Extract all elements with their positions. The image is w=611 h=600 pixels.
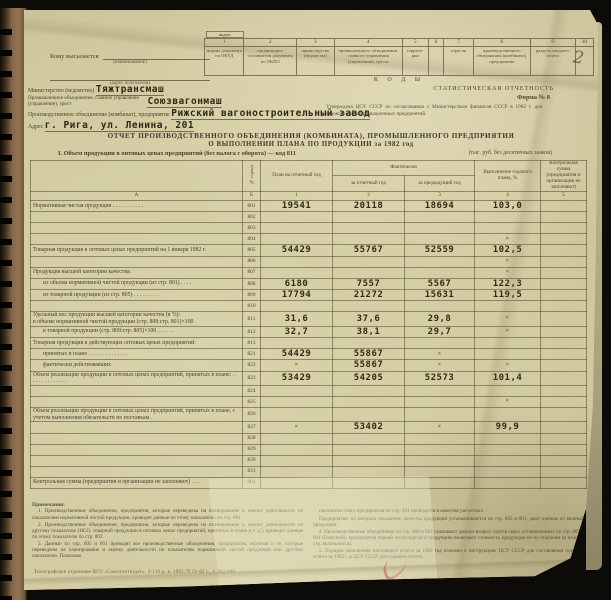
row-label — [31, 444, 243, 455]
cell-control — [541, 289, 587, 300]
cell-percent: × — [475, 396, 541, 407]
printing-imprint: Типографское отделение ВГО «Союзучетизда… — [34, 570, 235, 575]
cell-plan — [261, 455, 333, 466]
row-label — [31, 301, 243, 312]
table-row-811: Удельный вес продукции высшей категории … — [31, 312, 587, 326]
cell-fact-year — [333, 234, 405, 245]
cell-fact-year — [333, 223, 405, 234]
table-row-828: 828 — [31, 433, 587, 444]
cell-plan — [261, 407, 333, 421]
cell-fact-prev: 5567 — [405, 278, 475, 289]
footnote-paragraph: Предприятия, по которым показатели качес… — [313, 516, 584, 528]
cell-fact-prev — [405, 267, 475, 278]
footnote-paragraph: 2. Производственные объединения, предпри… — [32, 522, 303, 540]
cell-plan — [261, 396, 333, 407]
cell-fact-prev: 15631 — [405, 289, 475, 300]
row-label: Удельный вес продукции высшей категории … — [31, 312, 243, 326]
cell-plan: 54429 — [261, 245, 333, 256]
cell-plan: × — [261, 422, 333, 433]
cell-plan: 32,7 — [261, 326, 333, 337]
cell-percent — [475, 466, 541, 477]
row-label — [31, 212, 243, 223]
cell-control — [541, 200, 587, 211]
code-column-number: 8 — [474, 39, 530, 47]
cell-control — [541, 444, 587, 455]
cell-fact-year — [333, 444, 405, 455]
cell-fact-year: 21272 — [333, 289, 405, 300]
cell-percent: × — [475, 256, 541, 267]
row-code: 822 — [243, 360, 261, 371]
row-code: 829 — [243, 444, 261, 455]
table-row-802: 802 — [31, 212, 587, 223]
row-code: 807 — [243, 267, 261, 278]
table-row-804: 804× — [31, 234, 587, 245]
row-code: 826 — [243, 407, 261, 421]
code-column-label: формы документа по ОКУД — [205, 47, 243, 75]
table-row-806: 806× — [31, 256, 587, 267]
cell-fact-prev — [405, 256, 475, 267]
cell-percent — [475, 301, 541, 312]
cell-control — [541, 455, 587, 466]
cell-control — [541, 396, 587, 407]
row-label — [31, 385, 243, 396]
cell-plan — [261, 385, 333, 396]
row-code: 827 — [243, 422, 261, 433]
row-code: 828 — [243, 433, 261, 444]
code-column-number: 10 — [576, 39, 593, 47]
row-label: из товарной продукции (из стр. 805) . . … — [31, 289, 243, 300]
row-label: Объем реализации продукции в оптовых цен… — [31, 371, 243, 385]
row-label: Товарная продукция в оптовых ценах предп… — [31, 245, 243, 256]
cell-percent — [475, 444, 541, 455]
footnote-paragraph: 5. Порядок заполнения настоящего отчета … — [313, 548, 584, 560]
cell-control — [541, 433, 587, 444]
footnote-paragraph: 1. Производственные объединения, предпри… — [32, 508, 303, 520]
code-column-1: 1формы документа по ОКУД — [205, 39, 244, 75]
cell-percent — [475, 385, 541, 396]
row-label — [31, 396, 243, 407]
footnote-paragraph: 3. Данные по стр. 805 и 801 приводят все… — [32, 541, 303, 559]
column-letter: 3 — [405, 191, 475, 200]
table-row-001: Контрольная сумма (предприятия и организ… — [31, 477, 587, 488]
code-column-5: 5террито-рии — [403, 39, 429, 75]
column-letter: 5 — [541, 191, 587, 200]
header-row-number: № строки — [243, 161, 261, 192]
header-plan: План на отчетный год — [261, 161, 333, 192]
row-code: 825 — [243, 396, 261, 407]
ministry-label: Министерство (ведомство) — [28, 88, 94, 94]
cell-fact-year: 37,6 — [333, 312, 405, 326]
row-code: 812 — [243, 326, 261, 337]
table-body: Нормативная чистая продукция . . . . . .… — [31, 200, 587, 488]
row-label: Продукция высшей категории качества: — [31, 267, 243, 278]
row-code: 803 — [243, 223, 261, 234]
column-letter: 1 — [261, 191, 333, 200]
cell-fact-prev — [405, 212, 475, 223]
row-code: 824 — [243, 385, 261, 396]
table-row-826: Объем реализации продукции в оптовых цен… — [31, 407, 587, 421]
code-column-number: 1 — [205, 39, 243, 47]
row-code: 808 — [243, 278, 261, 289]
stat-reporting-label: СТАТИСТИЧЕСКАЯ ОТЧЕТНОСТЬ — [433, 86, 554, 92]
cell-plan: 17794 — [261, 289, 333, 300]
cell-plan: 6180 — [261, 278, 333, 289]
header-control-sum: Контрольная сумма (предприятия и организ… — [541, 161, 587, 192]
row-label: в товарной продукции (стр. 809:стр. 805)… — [31, 326, 243, 337]
cell-fact-year: 38,1 — [333, 326, 405, 337]
cell-percent — [475, 477, 541, 488]
code-column-label: отрасли — [444, 47, 473, 75]
cell-fact-year — [333, 455, 405, 466]
code-column-number: 7 — [444, 39, 473, 47]
codes-grid: индекс 1формы документа по ОКУД2организа… — [204, 38, 594, 83]
row-code: 809 — [243, 289, 261, 300]
cell-fact-prev — [405, 466, 475, 477]
cell-control — [541, 234, 587, 245]
cell-fact-prev: × — [405, 348, 475, 359]
cell-plan — [261, 223, 333, 234]
row-label — [31, 433, 243, 444]
cell-fact-year — [333, 212, 405, 223]
table-row-813: Товарная продукция в действующих оптовых… — [31, 337, 587, 348]
code-column-label — [576, 47, 593, 75]
header-fact-group: Фактически — [333, 161, 475, 176]
book-binding-strip — [0, 8, 27, 600]
organization-block: Министерство (ведомство) Тяжтрансмаш Про… — [28, 84, 448, 132]
cell-percent: × — [475, 267, 541, 278]
cell-fact-year — [333, 256, 405, 267]
cell-fact-year: 7557 — [333, 278, 405, 289]
cell-control — [541, 245, 587, 256]
cell-fact-year: 55867 — [333, 360, 405, 371]
table-header: № строки План на отчетный год Фактически… — [31, 161, 587, 201]
cell-plan — [261, 433, 333, 444]
cell-control — [541, 385, 587, 396]
cell-percent: 119,5 — [475, 289, 541, 300]
footnotes-section: Примечания: 1. Производственные объедине… — [32, 502, 584, 561]
cell-fact-year — [333, 301, 405, 312]
report-title-line2: О ВЫПОЛНЕНИИ ПЛАНА ПО ПРОДУКЦИИ за 1982 … — [24, 141, 598, 148]
row-code: 823 — [243, 371, 261, 385]
cell-plan — [261, 477, 333, 488]
cell-fact-year — [333, 337, 405, 348]
addressee-block: Кому высылается (наименование) (адрес по… — [50, 48, 210, 86]
cell-plan: 53429 — [261, 371, 333, 385]
code-column-label: министерства (ведомства) — [297, 47, 333, 75]
cell-fact-year — [333, 267, 405, 278]
code-column-4: 4промышленного объединения, главного упр… — [335, 39, 403, 75]
row-code: 821 — [243, 348, 261, 359]
column-letter: 4 — [475, 191, 541, 200]
cell-plan — [261, 212, 333, 223]
code-column-7: 7отрасли — [444, 39, 474, 75]
code-column-9: 9раздела сводного отчета — [531, 39, 576, 75]
cell-fact-year — [333, 396, 405, 407]
code-column-number: 6 — [429, 39, 443, 47]
cell-fact-year — [333, 407, 405, 421]
cell-plan — [261, 466, 333, 477]
cell-control — [541, 301, 587, 312]
row-label: Контрольная сумма (предприятия и организ… — [31, 477, 243, 488]
cell-plan: × — [261, 360, 333, 371]
enterprise-label: Производственное объединение (комбинат),… — [28, 112, 170, 118]
row-label: Нормативная чистая продукция . . . . . .… — [31, 200, 243, 211]
row-code: 804 — [243, 234, 261, 245]
row-label — [31, 455, 243, 466]
table-row-821: принятых в плане . . . . . . . . . . . .… — [31, 348, 587, 359]
table-row-830: 830 — [31, 455, 587, 466]
row-label — [31, 466, 243, 477]
column-letter: 2 — [333, 191, 405, 200]
row-code: 813 — [243, 337, 261, 348]
cell-control — [541, 223, 587, 234]
table-row-824: 824 — [31, 385, 587, 396]
header-fact-report-year: за отчетный год — [333, 176, 405, 191]
address-value: г. Рига, ул. Ленина, 201 — [45, 120, 194, 132]
cell-plan — [261, 267, 333, 278]
scanned-report-photo: { "page": { "handwritten_page_number": "… — [0, 0, 611, 600]
cell-percent — [475, 433, 541, 444]
cell-fact-year: 53402 — [333, 422, 405, 433]
units-note: (тыс. руб. без десятичных знаков) — [469, 150, 552, 156]
cell-fact-year — [333, 466, 405, 477]
cell-fact-prev: 52559 — [405, 245, 475, 256]
code-column-number: 9 — [531, 39, 575, 47]
cell-control — [541, 326, 587, 337]
report-title: ОТЧЕТ ПРОИЗВОДСТВЕННОГО ОБЪЕДИНЕНИЯ (КОМ… — [24, 132, 598, 148]
report-title-line1: ОТЧЕТ ПРОИЗВОДСТВЕННОГО ОБЪЕДИНЕНИЯ (КОМ… — [24, 132, 598, 140]
table-row-801: Нормативная чистая продукция . . . . . .… — [31, 200, 587, 211]
cell-percent: 102,5 — [475, 245, 541, 256]
cell-fact-year: 55867 — [333, 348, 405, 359]
cell-percent — [475, 348, 541, 359]
codes-columns: 1формы документа по ОКУД2организации-сос… — [204, 38, 594, 76]
cell-percent — [475, 337, 541, 348]
row-code: 801 — [243, 200, 261, 211]
cell-fact-prev: × — [405, 422, 475, 433]
cell-plan: 31,6 — [261, 312, 333, 326]
code-column-8: 8производственного объединения (комбинат… — [474, 39, 531, 75]
row-label: Объем реализации продукции в оптовых цен… — [31, 407, 243, 421]
row-label — [31, 223, 243, 234]
header-fact-prev-year: за предыдущий год — [405, 176, 475, 191]
table-row-807: Продукция высшей категории качества:807× — [31, 267, 587, 278]
table-row-803: 803 — [31, 223, 587, 234]
cell-plan — [261, 337, 333, 348]
cell-fact-year — [333, 433, 405, 444]
cell-percent — [475, 223, 541, 234]
addressee-address-line — [50, 69, 210, 81]
cell-control — [541, 212, 587, 223]
table-row-829: 829 — [31, 444, 587, 455]
code-column-number: 4 — [335, 39, 402, 47]
cell-percent: 99,9 — [475, 422, 541, 433]
code-column-number: 2 — [244, 39, 296, 47]
cell-fact-prev — [405, 444, 475, 455]
row-label — [31, 422, 243, 433]
code-column-label: организации-составителя документа по ОКП… — [244, 47, 296, 75]
cell-percent: × — [475, 326, 541, 337]
cell-fact-prev — [405, 433, 475, 444]
cell-control — [541, 337, 587, 348]
cell-control — [541, 348, 587, 359]
cell-fact-year: 20118 — [333, 200, 405, 211]
association-label: Промышленное объединение, главное управл… — [28, 96, 146, 107]
report-sheet: 2 Кому высылается (наименование) (адрес … — [24, 10, 598, 590]
cell-control — [541, 407, 587, 421]
cell-fact-prev: 29,7 — [405, 326, 475, 337]
table-row-810: 810 — [31, 301, 587, 312]
cell-fact-prev — [405, 477, 475, 488]
table-row-823: Объем реализации продукции в оптовых цен… — [31, 371, 587, 385]
cell-control — [541, 278, 587, 289]
row-label: Товарная продукция в действующих оптовых… — [31, 337, 243, 348]
row-label — [31, 234, 243, 245]
table-row-809: из товарной продукции (из стр. 805) . . … — [31, 289, 587, 300]
row-label: принятых в плане . . . . . . . . . . . .… — [31, 348, 243, 359]
cell-percent — [475, 455, 541, 466]
code-column-label: террито-рии — [403, 47, 428, 75]
cell-plan: 54429 — [261, 348, 333, 359]
table-row-827: 827×53402×99,9 — [31, 422, 587, 433]
table-row-822: фактически действовавших822×55867×× — [31, 360, 587, 371]
cell-fact-year — [333, 385, 405, 396]
header-percent: Выполнение годового плана, % — [475, 161, 541, 192]
code-column-number: 3 — [297, 39, 333, 47]
column-letter: А — [31, 191, 243, 200]
addressee-name-caption: (наименование) — [50, 60, 210, 65]
cell-percent: × — [475, 234, 541, 245]
footnote-paragraph: 4. Производственные объединения по стр. … — [313, 529, 584, 547]
header-indicator-column — [31, 161, 243, 192]
cell-percent: 122,3 — [475, 278, 541, 289]
cell-control — [541, 312, 587, 326]
cell-fact-prev — [405, 301, 475, 312]
cell-percent — [475, 407, 541, 421]
table-row-825: 825× — [31, 396, 587, 407]
cell-control — [541, 422, 587, 433]
cell-plan — [261, 256, 333, 267]
cell-percent: 103,0 — [475, 200, 541, 211]
code-column-label: промышленного объединения, главного упра… — [335, 47, 402, 75]
production-plan-table: № строки План на отчетный год Фактически… — [30, 160, 587, 489]
column-letters-row: АБ12345 — [31, 191, 587, 200]
cell-control — [541, 360, 587, 371]
footnotes-right-column: показатели этого предприятия по стр. 801… — [313, 508, 584, 561]
cell-plan: 19541 — [261, 200, 333, 211]
cell-fact-prev — [405, 337, 475, 348]
code-column-2: 2организации-составителя документа по ОК… — [244, 39, 297, 75]
codes-index-cell: индекс — [206, 31, 244, 38]
row-label: из объема нормативной чистой продукции (… — [31, 278, 243, 289]
cell-percent: × — [475, 312, 541, 326]
cell-fact-prev: 52573 — [405, 371, 475, 385]
row-code: 001 — [243, 477, 261, 488]
row-code: 831 — [243, 466, 261, 477]
code-column-10: 10 — [576, 39, 593, 75]
table-row-808: из объема нормативной чистой продукции (… — [31, 278, 587, 289]
cell-fact-year: 55767 — [333, 245, 405, 256]
code-column-number: 5 — [403, 39, 428, 47]
cell-fact-year: 54205 — [333, 371, 405, 385]
association-value: Союзвагонмаш — [147, 96, 222, 108]
kody-label: К О Д Ы — [204, 77, 594, 83]
cell-fact-prev: × — [405, 360, 475, 371]
code-column-label: раздела сводного отчета — [531, 47, 575, 75]
cell-percent — [475, 212, 541, 223]
cell-control — [541, 256, 587, 267]
cell-fact-prev — [405, 385, 475, 396]
cell-percent: × — [475, 360, 541, 371]
code-column-label: производственного объединения (комбината… — [474, 47, 530, 75]
cell-fact-prev — [405, 223, 475, 234]
form-number: Форма № 8 — [517, 94, 550, 101]
row-code: 810 — [243, 301, 261, 312]
table-row-831: 831 — [31, 466, 587, 477]
code-column-3: 3министерства (ведомства) — [297, 39, 334, 75]
cell-control — [541, 371, 587, 385]
cell-fact-prev: 29,8 — [405, 312, 475, 326]
row-code: 811 — [243, 312, 261, 326]
row-label — [31, 256, 243, 267]
row-code: 802 — [243, 212, 261, 223]
cell-plan — [261, 444, 333, 455]
cell-percent: 101,4 — [475, 371, 541, 385]
cell-fact-prev — [405, 455, 475, 466]
column-letter: Б — [243, 191, 261, 200]
row-code: 806 — [243, 256, 261, 267]
row-code: 805 — [243, 245, 261, 256]
cell-fact-prev — [405, 396, 475, 407]
cell-control — [541, 466, 587, 477]
code-column-6: 6 — [429, 39, 444, 75]
cell-plan — [261, 234, 333, 245]
addressee-name-line — [103, 48, 210, 60]
row-code: 830 — [243, 455, 261, 466]
cell-plan — [261, 301, 333, 312]
table-row-812: в товарной продукции (стр. 809:стр. 805)… — [31, 326, 587, 337]
footnotes-left-column: 1. Производственные объединения, предпри… — [32, 508, 303, 561]
row-label: фактически действовавших — [31, 360, 243, 371]
code-column-label — [429, 47, 443, 75]
address-label: Адрес — [28, 124, 43, 130]
addressee-label: Кому высылается — [50, 53, 99, 60]
cell-fact-prev — [405, 407, 475, 421]
cell-fact-prev — [405, 234, 475, 245]
enterprise-value: Рижский вагоностроительный завод — [171, 108, 370, 120]
table-row-805: Товарная продукция в оптовых ценах предп… — [31, 245, 587, 256]
section-heading: I. Объем продукции в оптовых ценах предп… — [58, 150, 296, 157]
cell-fact-year — [333, 477, 405, 488]
footnote-paragraph: показатели этого предприятия по стр. 801… — [313, 508, 584, 514]
cell-fact-prev: 18694 — [405, 200, 475, 211]
cell-control — [541, 477, 587, 488]
cell-control — [541, 267, 587, 278]
